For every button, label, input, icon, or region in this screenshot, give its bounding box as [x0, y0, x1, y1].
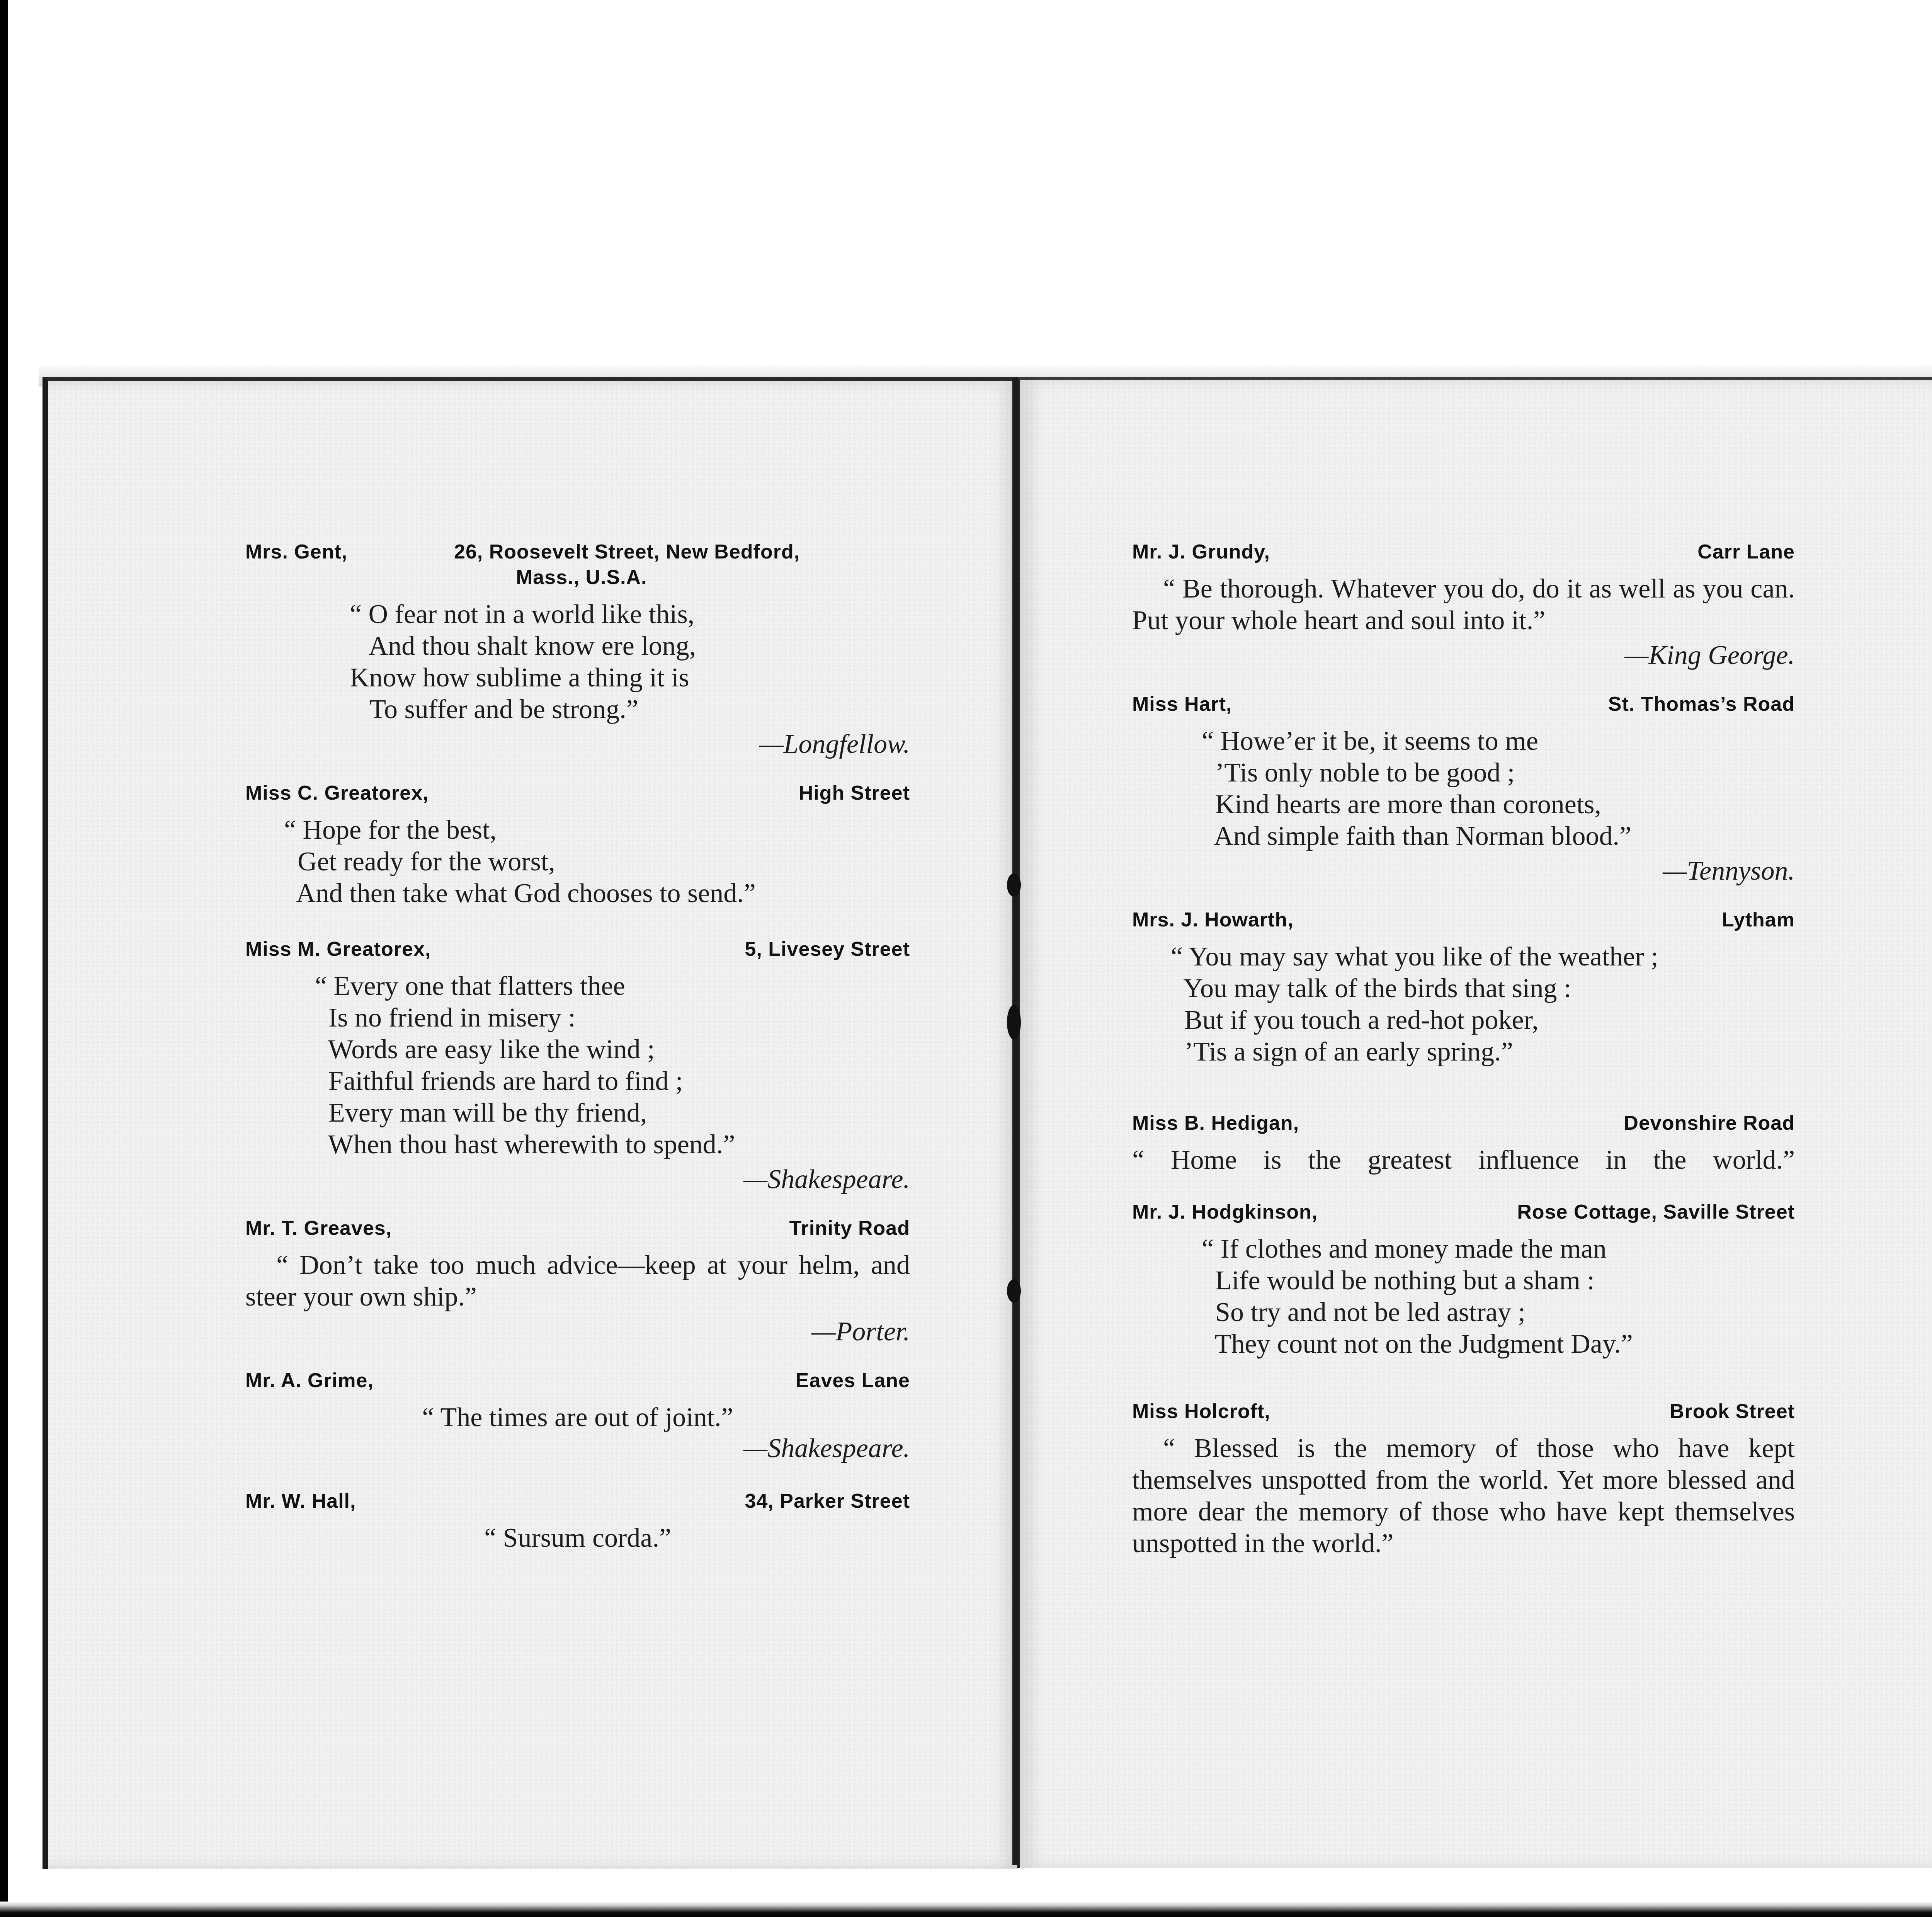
address: Devonshire Road [1624, 1110, 1795, 1136]
quote: “ Sursum corda.” [245, 1522, 910, 1554]
scan-edge-bar [0, 0, 8, 1917]
quote: “ You may say what you like of the weath… [1132, 941, 1795, 1068]
person-name: Miss Hart, [1132, 691, 1232, 717]
entry: Miss M. Greatorex, 5, Livesey Street “ E… [245, 936, 910, 1196]
person-name: Mrs. J. Howarth, [1132, 907, 1294, 933]
person-name: Mr. J. Hodgkinson, [1132, 1199, 1318, 1225]
person-name: Miss C. Greatorex, [245, 780, 429, 806]
quote: “ Home is the greatest influence in the … [1132, 1144, 1795, 1176]
entry: Mr. W. Hall, 34, Parker Street “ Sursum … [245, 1488, 910, 1554]
person-name: Miss B. Hedigan, [1132, 1110, 1299, 1136]
address: 5, Livesey Street [745, 936, 910, 962]
entry-header: Mr. W. Hall, 34, Parker Street [245, 1488, 910, 1514]
scan-bottom-edge [0, 1902, 1932, 1917]
quote: “ The times are out of joint.” [245, 1402, 910, 1433]
quote: “ Blessed is the memory of those who hav… [1132, 1433, 1795, 1559]
entry-header: Mr. A. Grime, Eaves Lane [245, 1368, 910, 1393]
address: 34, Parker Street [745, 1488, 910, 1514]
entry: Miss Holcroft, Brook Street “ Blessed is… [1132, 1399, 1795, 1559]
attribution: —Longfellow. [245, 728, 910, 761]
quote: “ Don’t take too much advice—keep at you… [245, 1250, 910, 1313]
right-page-text: Mr. J. Grundy, Carr Lane “ Be thorough. … [1132, 539, 1795, 1559]
quote: “ Be thorough. Whatever you do, do it as… [1132, 573, 1795, 637]
attribution: —King George. [1132, 639, 1795, 672]
quote: “ If clothes and money made the man Life… [1132, 1233, 1795, 1360]
address: Lytham [1722, 907, 1795, 933]
entry: Miss B. Hedigan, Devonshire Road “ Home … [1132, 1110, 1795, 1176]
attribution: —Tennyson. [1132, 855, 1795, 888]
address: High Street [799, 780, 910, 806]
address: Carr Lane [1697, 539, 1795, 565]
person-name: Mrs. Gent, [245, 539, 347, 565]
address: St. Thomas’s Road [1608, 691, 1795, 717]
attribution: —Shakespeare. [245, 1163, 910, 1196]
quote: “ O fear not in a world like this, And t… [245, 599, 910, 725]
address: Rose Cottage, Saville Street [1517, 1199, 1795, 1225]
book-spine [1012, 377, 1018, 1865]
entry-header: Miss B. Hedigan, Devonshire Road [1132, 1110, 1795, 1136]
attribution: —Porter. [245, 1315, 910, 1348]
entry: Mrs. J. Howarth, Lytham “ You may say wh… [1132, 907, 1795, 1068]
entry-header: Mr. J. Grundy, Carr Lane [1132, 539, 1795, 565]
person-name: Mr. W. Hall, [245, 1488, 356, 1514]
address: Trinity Road [789, 1216, 910, 1241]
entry: Mr. T. Greaves, Trinity Road “ Don’t tak… [245, 1216, 910, 1348]
quote: “ Howe’er it be, it seems to me ’Tis onl… [1132, 725, 1795, 852]
entry-header: Mrs. Gent, 26, Roosevelt Street, New Bed… [245, 539, 910, 590]
address: 26, Roosevelt Street, New Bedford, Mass.… [454, 539, 910, 590]
person-name: Mr. T. Greaves, [245, 1216, 392, 1241]
quote: “ Every one that flatters thee Is no fri… [245, 970, 910, 1161]
entry-header: Mr. T. Greaves, Trinity Road [245, 1216, 910, 1241]
entry-header: Miss Holcroft, Brook Street [1132, 1399, 1795, 1424]
staple-hole [1007, 1005, 1021, 1040]
entry: Mr. A. Grime, Eaves Lane “ The times are… [245, 1368, 910, 1465]
address: Brook Street [1670, 1399, 1795, 1424]
entry-header: Miss C. Greatorex, High Street [245, 780, 910, 806]
person-name: Miss Holcroft, [1132, 1399, 1270, 1424]
entry-header: Mrs. J. Howarth, Lytham [1132, 907, 1795, 933]
staple-hole [1007, 1279, 1021, 1302]
address: Eaves Lane [796, 1368, 910, 1393]
left-page-text: Mrs. Gent, 26, Roosevelt Street, New Bed… [245, 539, 910, 1554]
entry: Mr. J. Grundy, Carr Lane “ Be thorough. … [1132, 539, 1795, 672]
entry-header: Miss M. Greatorex, 5, Livesey Street [245, 936, 910, 962]
person-name: Miss M. Greatorex, [245, 936, 431, 962]
entry: Miss C. Greatorex, High Street “ Hope fo… [245, 780, 910, 909]
entry: Mrs. Gent, 26, Roosevelt Street, New Bed… [245, 539, 910, 761]
quote: “ Hope for the best, Get ready for the w… [245, 814, 910, 909]
entry-header: Mr. J. Hodgkinson, Rose Cottage, Saville… [1132, 1199, 1795, 1225]
person-name: Mr. A. Grime, [245, 1368, 374, 1393]
staple-hole [1007, 873, 1021, 897]
person-name: Mr. J. Grundy, [1132, 539, 1270, 565]
attribution: —Shakespeare. [245, 1432, 910, 1465]
entry-header: Miss Hart, St. Thomas’s Road [1132, 691, 1795, 717]
entry: Miss Hart, St. Thomas’s Road “ Howe’er i… [1132, 691, 1795, 888]
entry: Mr. J. Hodgkinson, Rose Cottage, Saville… [1132, 1199, 1795, 1360]
